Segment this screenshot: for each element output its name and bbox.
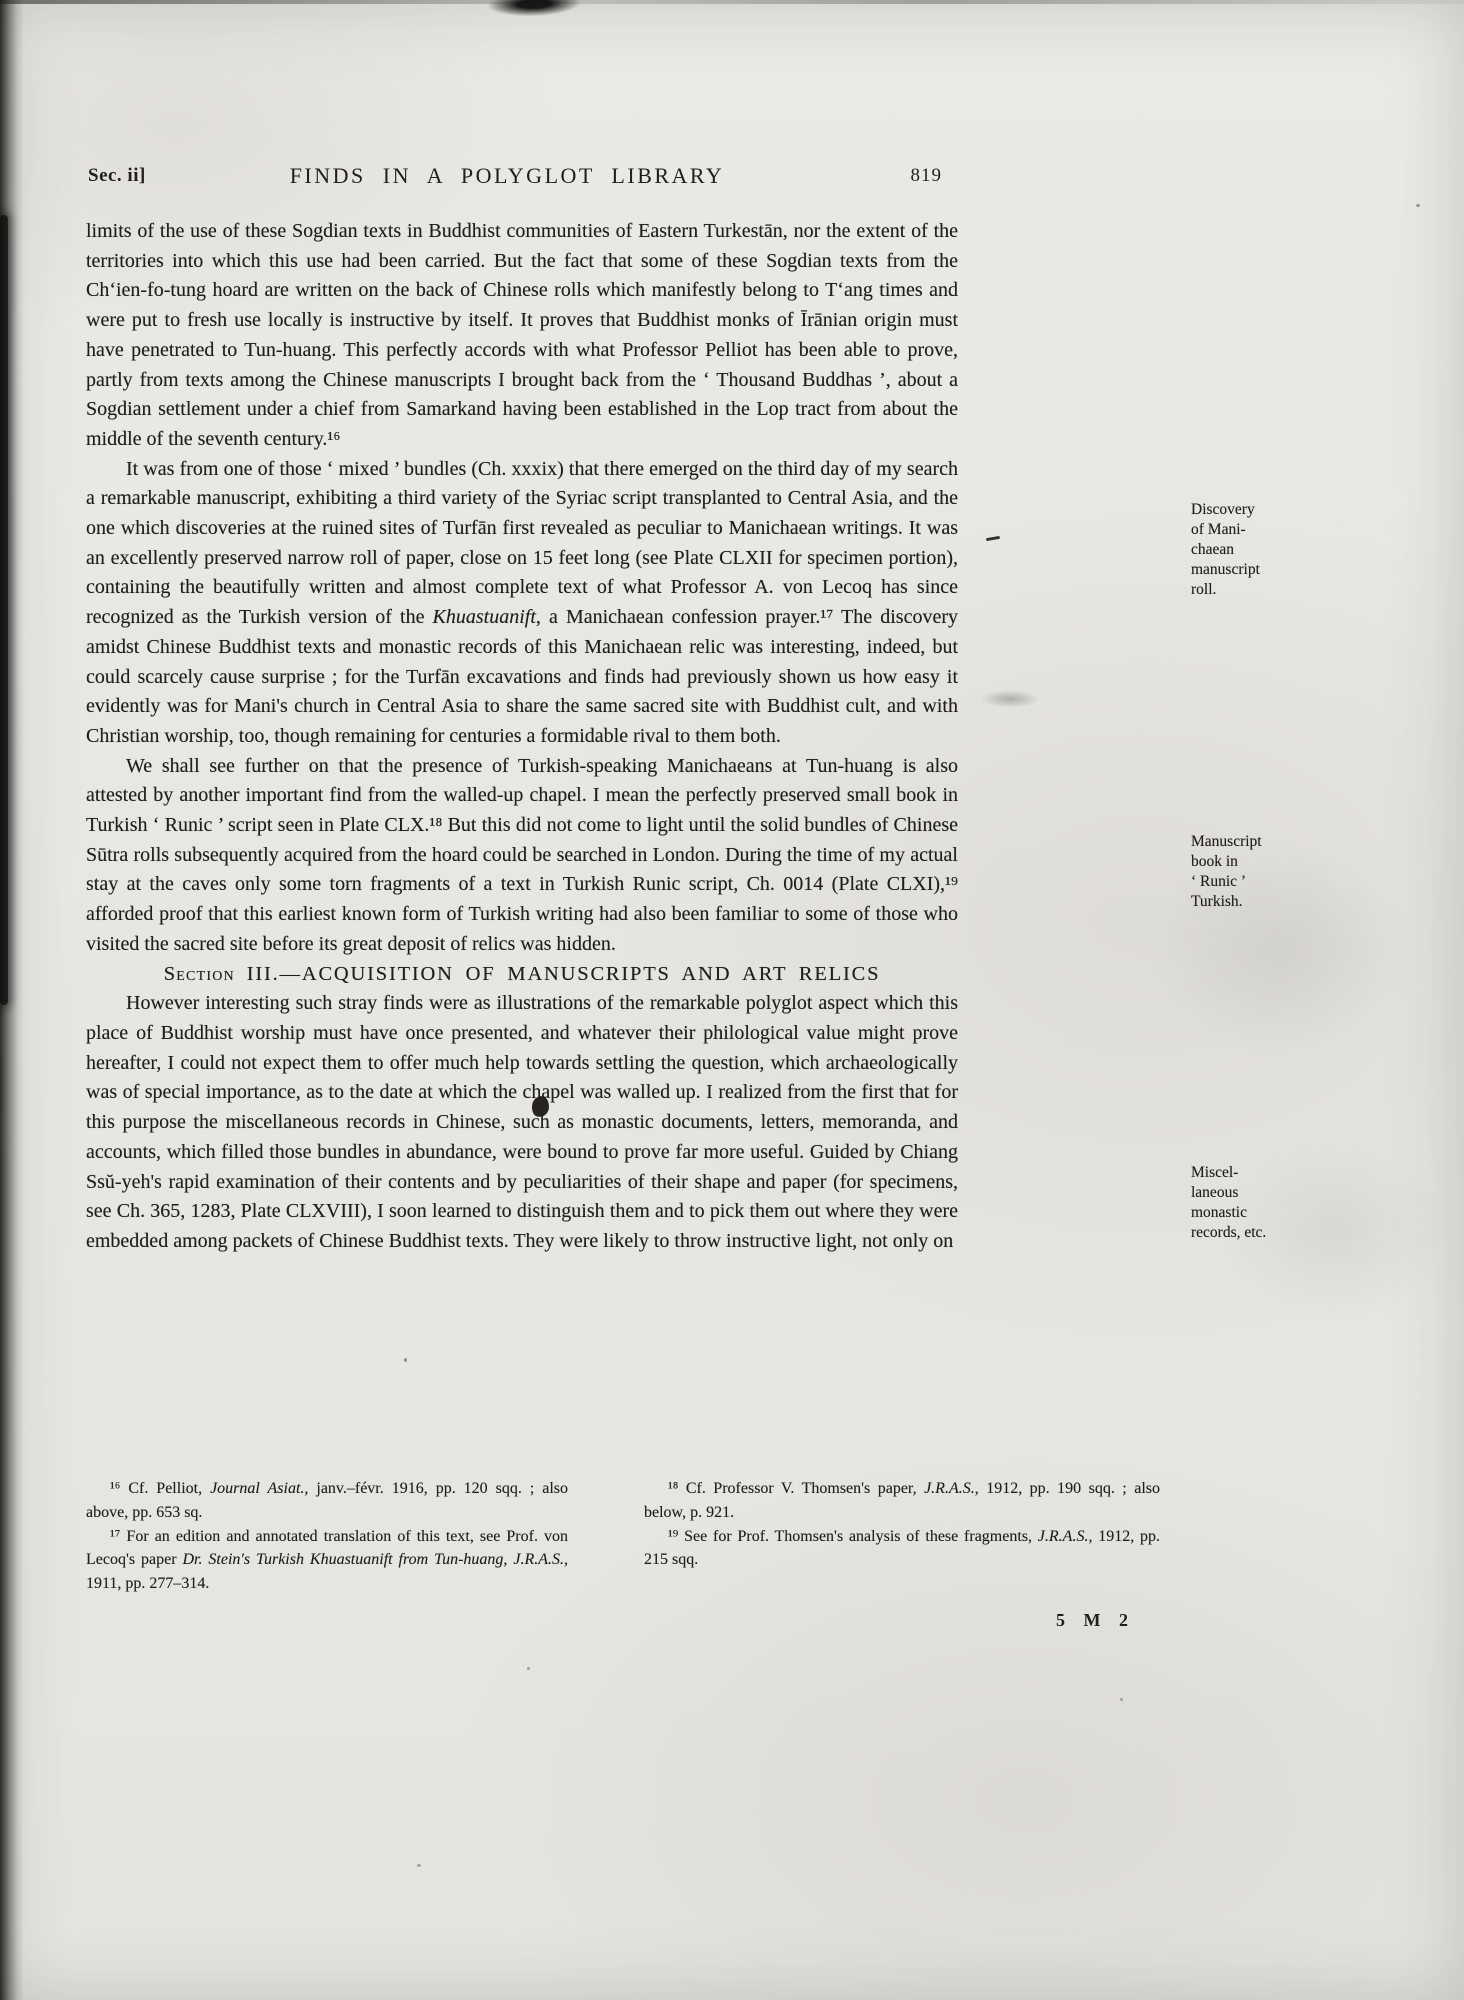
footnotes: ¹⁶ Cf. Pelliot, Journal Asiat., janv.–fé… xyxy=(86,1477,1160,1596)
footnote-18: ¹⁸ Cf. Professor V. Thomsen's paper, J.R… xyxy=(644,1477,1160,1525)
ink-smudge-top xyxy=(488,0,581,18)
footnote-19: ¹⁹ See for Prof. Thomsen's analysis of t… xyxy=(644,1525,1160,1573)
footnote-17: ¹⁷ For an edition and annotated translat… xyxy=(86,1525,568,1596)
body-text: limits of the use of these Sogdian texts… xyxy=(86,217,958,1257)
stray-pen-dash xyxy=(986,536,1000,541)
footnote-column-right: ¹⁸ Cf. Professor V. Thomsen's paper, J.R… xyxy=(644,1477,1160,1596)
paper-speck xyxy=(527,1667,530,1670)
scan-top-edge xyxy=(0,0,1464,4)
paper-speck xyxy=(1120,1698,1123,1701)
scanned-book-page: Sec. ii] FINDS IN A POLYGLOT LIBRARY 819… xyxy=(0,0,1464,2000)
page-title: FINDS IN A POLYGLOT LIBRARY xyxy=(86,163,928,189)
paper-speck xyxy=(1416,204,1420,207)
paragraph: We shall see further on that the presenc… xyxy=(86,752,958,960)
section-heading: Section III.—ACQUISITION OF MANUSCRIPTS … xyxy=(86,960,958,990)
paper-speck xyxy=(404,1358,407,1362)
page-gutter-dark-band xyxy=(0,215,8,1005)
margin-note-discovery: Discovery of Mani- chaean manuscript rol… xyxy=(1191,500,1317,600)
section-heading-text: III.—ACQUISITION OF MANUSCRIPTS AND ART … xyxy=(235,963,880,985)
margin-note-monastic-records: Miscel- laneous monastic records, etc. xyxy=(1191,1163,1317,1243)
footnote-column-left: ¹⁶ Cf. Pelliot, Journal Asiat., janv.–fé… xyxy=(86,1477,568,1596)
paragraph: limits of the use of these Sogdian texts… xyxy=(86,217,958,455)
signature-mark: 5 M 2 xyxy=(1056,1610,1135,1631)
scan-smudge xyxy=(980,690,1040,708)
margin-note-runic-book: Manuscript book in ‘ Runic ’ Turkish. xyxy=(1191,832,1317,912)
footnote-16: ¹⁶ Cf. Pelliot, Journal Asiat., janv.–fé… xyxy=(86,1477,568,1525)
running-header: Sec. ii] FINDS IN A POLYGLOT LIBRARY 819 xyxy=(86,163,958,193)
paragraph: However interesting such stray finds wer… xyxy=(86,989,958,1256)
paper-speck xyxy=(417,1864,421,1867)
paragraph: It was from one of those ‘ mixed ’ bundl… xyxy=(86,455,958,752)
section-heading-word: Section xyxy=(164,963,235,985)
page-number: 819 xyxy=(911,165,943,187)
